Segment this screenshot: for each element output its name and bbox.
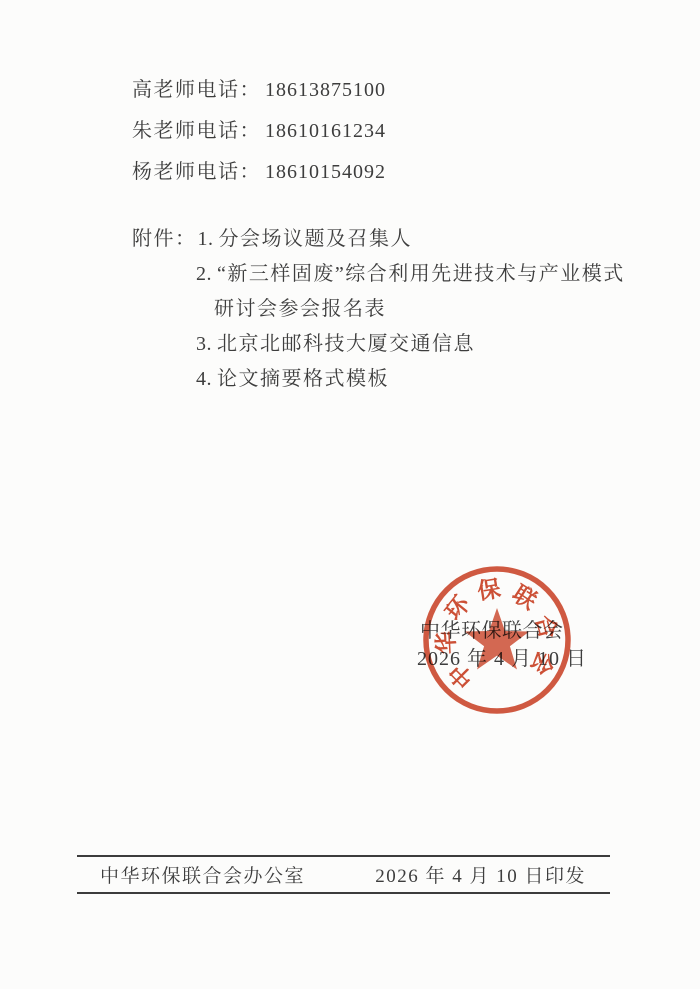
attachment-number: 1. — [198, 228, 214, 250]
signature-date: 2026 年 4 月 10 日 — [417, 648, 587, 670]
attachment-number: 2. — [196, 263, 212, 285]
footer-print-date: 2026 年 4 月 10 日印发 — [375, 861, 586, 888]
attachment-title: 分会场议题及召集人 — [219, 228, 413, 250]
attachment-item: 4.论文摘要格式模板 — [132, 368, 625, 390]
attachment-item: 附件：1.分会场议题及召集人 — [132, 228, 625, 250]
svg-text:保: 保 — [476, 575, 503, 604]
svg-text:联: 联 — [508, 580, 541, 614]
contact-line: 杨老师电话：18610154092 — [132, 161, 386, 183]
signature-org-name: 中华环保联合会 — [420, 620, 587, 642]
contact-label: 朱老师电话： — [132, 120, 261, 142]
signature-block: 中华环保联合会 2026 年 4 月 10 日 — [420, 620, 587, 670]
attachment-title: “新三样固废”综合利用先进技术与产业模式 — [217, 263, 625, 285]
attachment-item-continuation: 研讨会参会报名表 — [132, 298, 625, 320]
attachment-title: 北京北邮科技大厦交通信息 — [217, 333, 475, 355]
attachment-item: 3.北京北邮科技大厦交通信息 — [132, 333, 625, 355]
contact-label: 高老师电话： — [132, 79, 261, 101]
attachment-title: 论文摘要格式模板 — [217, 368, 389, 390]
attachment-title: 研讨会参会报名表 — [214, 298, 386, 320]
contact-label: 杨老师电话： — [132, 161, 261, 183]
attachment-number: 3. — [196, 333, 212, 355]
contact-phone: 18613875100 — [265, 79, 386, 101]
contact-line: 朱老师电话：18610161234 — [132, 120, 386, 142]
contact-phone: 18610154092 — [265, 161, 386, 183]
attachments-label: 附件： — [132, 228, 197, 250]
footer-issuing-office: 中华环保联合会办公室 — [100, 861, 305, 888]
attachment-list: 附件：1.分会场议题及召集人 2.“新三样固废”综合利用先进技术与产业模式 研讨… — [132, 228, 625, 403]
attachment-number: 4. — [196, 368, 212, 390]
document-page: 高老师电话：18613875100 朱老师电话：18610161234 杨老师电… — [0, 0, 700, 989]
contact-list: 高老师电话：18613875100 朱老师电话：18610161234 杨老师电… — [132, 79, 386, 202]
footer-imprint: 中华环保联合会办公室 2026 年 4 月 10 日印发 — [77, 855, 610, 894]
contact-line: 高老师电话：18613875100 — [132, 79, 386, 101]
attachment-item: 2.“新三样固废”综合利用先进技术与产业模式 — [132, 263, 625, 285]
contact-phone: 18610161234 — [265, 120, 386, 142]
